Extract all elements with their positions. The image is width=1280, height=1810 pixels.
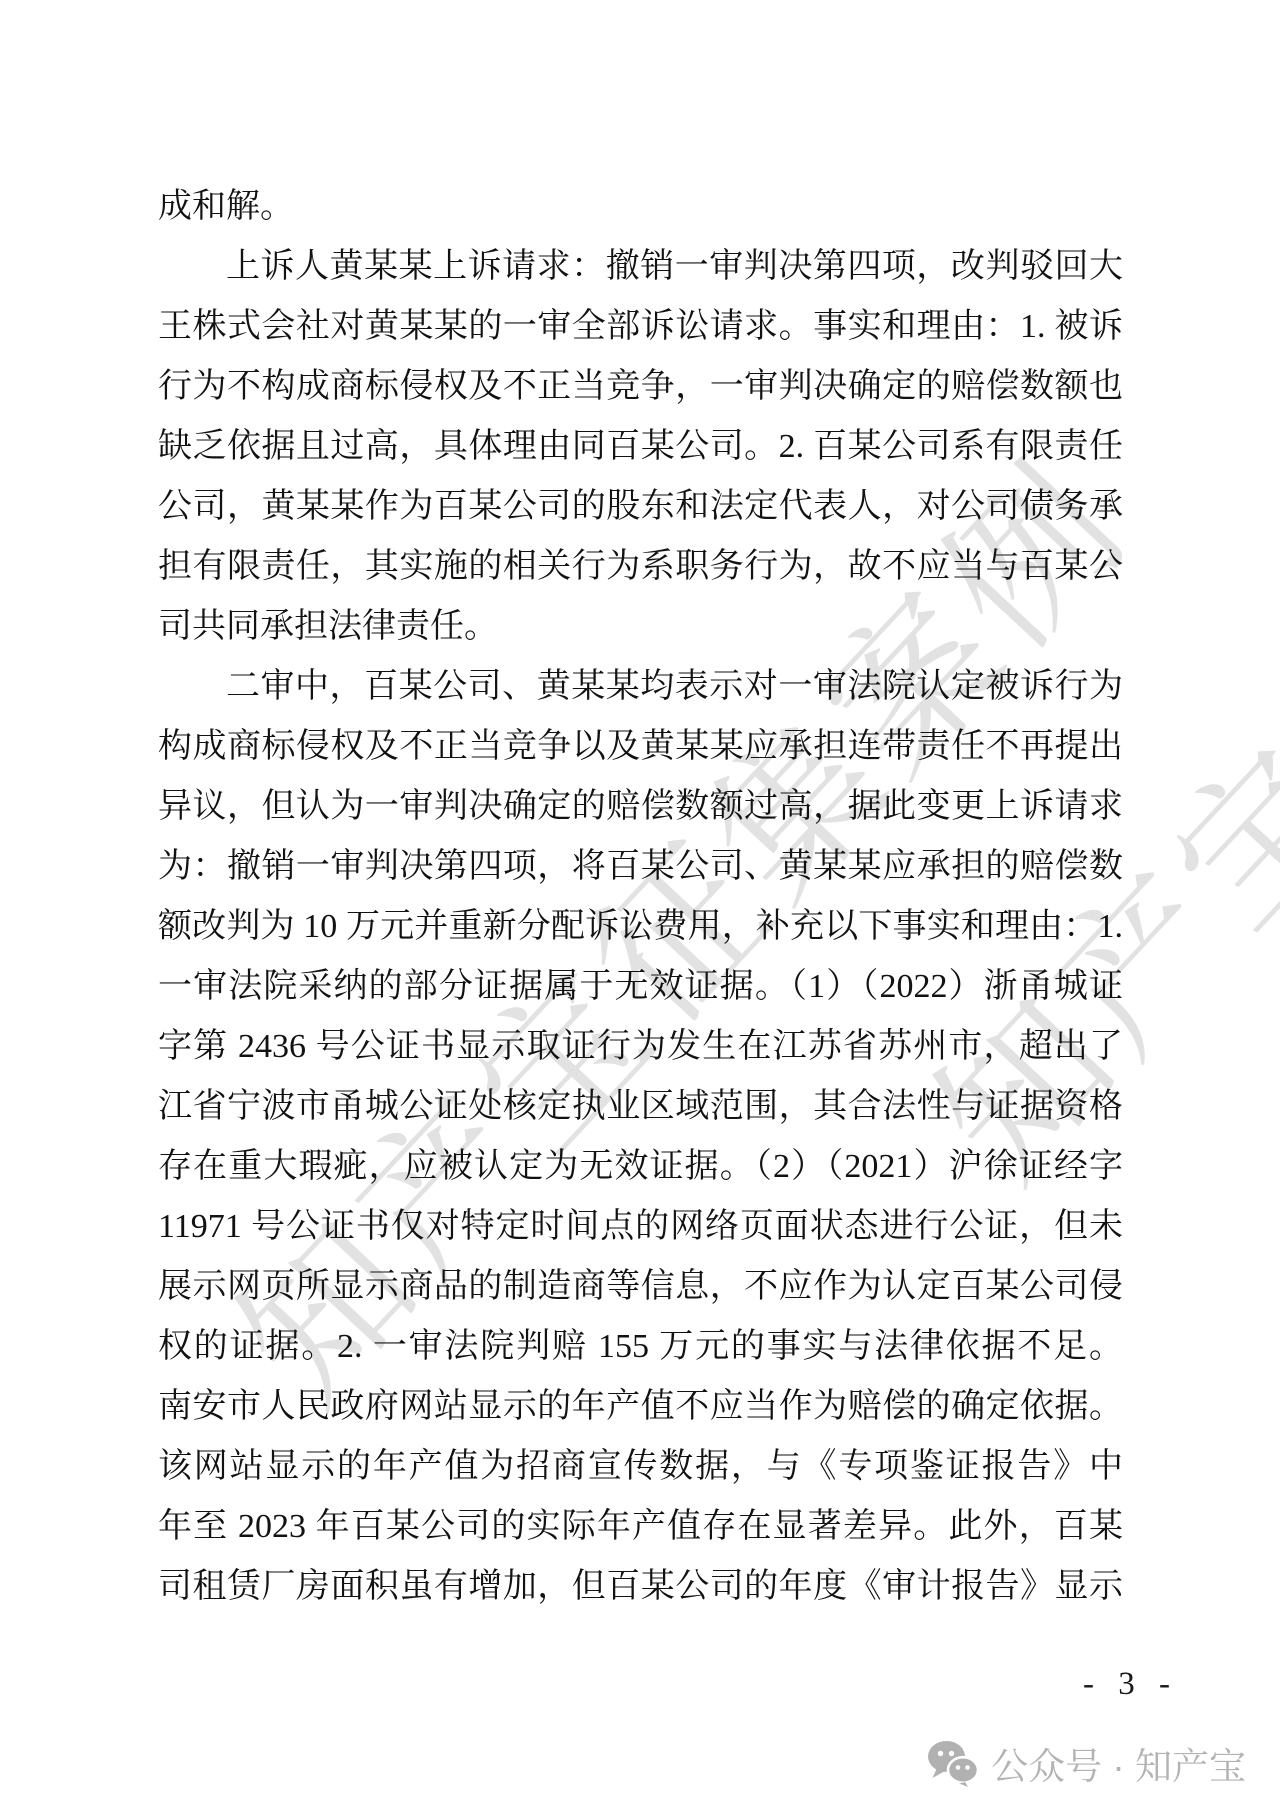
text-line: 11971 号公证书仅对特定时间点的网络页面状态进行公证，但未 [158,1197,1123,1257]
text-line: 司共同承担法律责任。 [158,597,1123,657]
text-line: 二审中，百某公司、黄某某均表示对一审法院认定被诉行为 [158,657,1123,717]
text-line: 一审法院采纳的部分证据属于无效证据。（1）（2022）浙甬城证内 [158,957,1123,1017]
document-body: 成和解。上诉人黄某某上诉请求：撤销一审判决第四项，改判驳回大王株式会社对黄某某的… [158,177,1123,1617]
text-line: 司租赁厂房面积虽有增加，但百某公司的年度《审计报告》显示 [158,1557,1123,1617]
page-number: - 3 - [1083,1666,1178,1703]
text-line: 行为不构成商标侵权及不正当竞争，一审判决确定的赔偿数额也 [158,357,1123,417]
text-line: 字第 2436 号公证书显示取证行为发生在江苏省苏州市，超出了浙 [158,1017,1123,1077]
text-line: 缺乏依据且过高，具体理由同百某公司。2. 百某公司系有限责任 [158,417,1123,477]
text-line: 江省宁波市甬城公证处核定执业区域范围，其合法性与证据资格 [158,1077,1123,1137]
text-line: 上诉人黄某某上诉请求：撤销一审判决第四项，改判驳回大 [158,237,1123,297]
text-line: 担有限责任，其实施的相关行为系职务行为，故不应当与百某公 [158,537,1123,597]
wechat-icon [927,1740,979,1787]
wechat-footer: 公众号 · 知产宝 [927,1736,1246,1790]
text-line: 异议，但认为一审判决确定的赔偿数额过高，据此变更上诉请求 [158,777,1123,837]
text-line: 存在重大瑕疵，应被认定为无效证据。（2）（2021）沪徐证经字第 [158,1137,1123,1197]
text-line: 年至 2023 年百某公司的实际年产值存在显著差异。此外，百某公 [158,1497,1123,1557]
text-line: 为：撤销一审判决第四项，将百某公司、黄某某应承担的赔偿数 [158,837,1123,897]
footer-label: 公众号 · 知产宝 [991,1736,1246,1790]
text-line: 成和解。 [158,177,1123,237]
text-line: 南安市人民政府网站显示的年产值不应当作为赔偿的确定依据。 [158,1377,1123,1437]
text-line: 权的证据。2. 一审法院判赔 155 万元的事实与法律依据不足。（1） [158,1317,1123,1377]
text-line: 该网站显示的年产值为招商宣传数据，与《专项鉴证报告》中 2020 [158,1437,1123,1497]
text-line: 额改判为 10 万元并重新分配诉讼费用，补充以下事实和理由：1. [158,897,1123,957]
text-line: 展示网页所显示商品的制造商等信息，不应作为认定百某公司侵 [158,1257,1123,1317]
text-line: 公司，黄某某作为百某公司的股东和法定代表人，对公司债务承 [158,477,1123,537]
document-page: { "document": { "watermark": "知产宝征集案例", … [0,0,1280,1810]
text-line: 构成商标侵权及不正当竞争以及黄某某应承担连带责任不再提出 [158,717,1123,777]
text-line: 王株式会社对黄某某的一审全部诉讼请求。事实和理由：1. 被诉 [158,297,1123,357]
